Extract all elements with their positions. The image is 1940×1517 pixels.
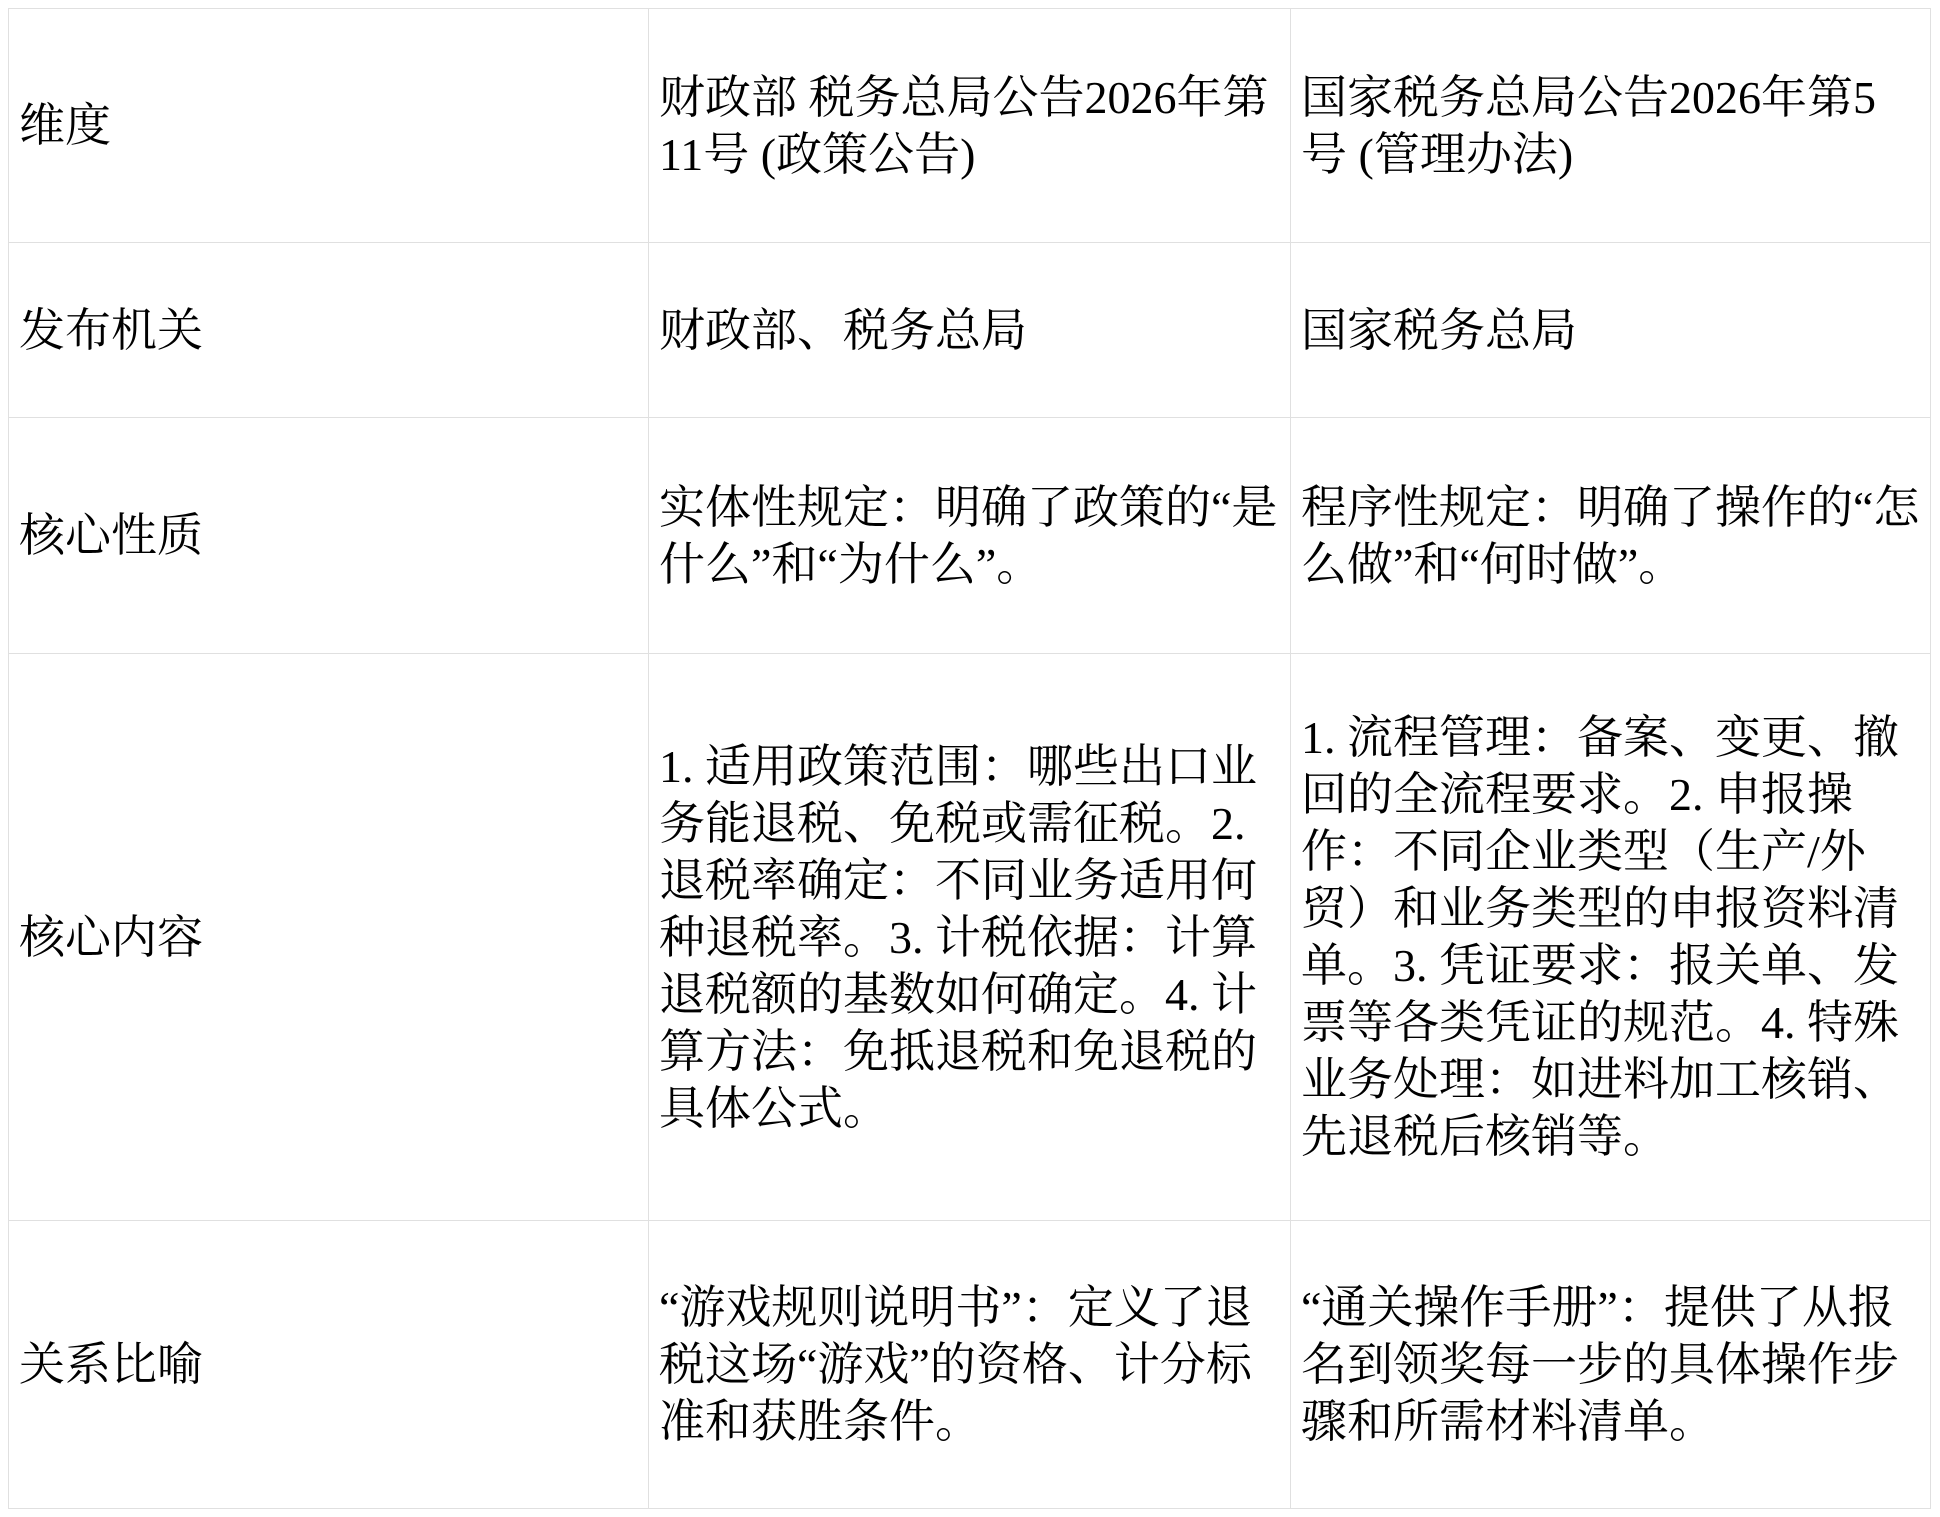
header-cell-admin-measures: 国家税务总局公告2026年第5号 (管理办法) [1291, 9, 1931, 243]
comparison-table: 维度 财政部 税务总局公告2026年第11号 (政策公告) 国家税务总局公告20… [8, 8, 1931, 1509]
header-row: 维度 财政部 税务总局公告2026年第11号 (政策公告) 国家税务总局公告20… [9, 9, 1931, 243]
header-cell-dimension: 维度 [9, 9, 649, 243]
cell-core-nature-admin: 程序性规定：明确了操作的“怎么做”和“何时做”。 [1291, 418, 1931, 654]
table-row-core-nature: 核心性质 实体性规定：明确了政策的“是什么”和“为什么”。 程序性规定：明确了操… [9, 418, 1931, 654]
cell-core-nature-policy: 实体性规定：明确了政策的“是什么”和“为什么”。 [649, 418, 1291, 654]
row-label-core-nature: 核心性质 [9, 418, 649, 654]
row-label-issuing-authority: 发布机关 [9, 243, 649, 418]
cell-relationship-metaphor-policy: “游戏规则说明书”：定义了退税这场“游戏”的资格、计分标准和获胜条件。 [649, 1221, 1291, 1509]
row-label-relationship-metaphor: 关系比喻 [9, 1221, 649, 1509]
table-row-relationship-metaphor: 关系比喻 “游戏规则说明书”：定义了退税这场“游戏”的资格、计分标准和获胜条件。… [9, 1221, 1931, 1509]
row-label-core-content: 核心内容 [9, 654, 649, 1221]
table-row-issuing-authority: 发布机关 财政部、税务总局 国家税务总局 [9, 243, 1931, 418]
cell-issuing-authority-admin: 国家税务总局 [1291, 243, 1931, 418]
header-cell-policy-announcement: 财政部 税务总局公告2026年第11号 (政策公告) [649, 9, 1291, 243]
cell-relationship-metaphor-admin: “通关操作手册”：提供了从报名到领奖每一步的具体操作步骤和所需材料清单。 [1291, 1221, 1931, 1509]
cell-core-content-policy: 1. 适用政策范围：哪些出口业务能退税、免税或需征税。2. 退税率确定：不同业务… [649, 654, 1291, 1221]
table-row-core-content: 核心内容 1. 适用政策范围：哪些出口业务能退税、免税或需征税。2. 退税率确定… [9, 654, 1931, 1221]
cell-core-content-admin: 1. 流程管理：备案、变更、撤回的全流程要求。2. 申报操作：不同企业类型（生产… [1291, 654, 1931, 1221]
cell-issuing-authority-policy: 财政部、税务总局 [649, 243, 1291, 418]
